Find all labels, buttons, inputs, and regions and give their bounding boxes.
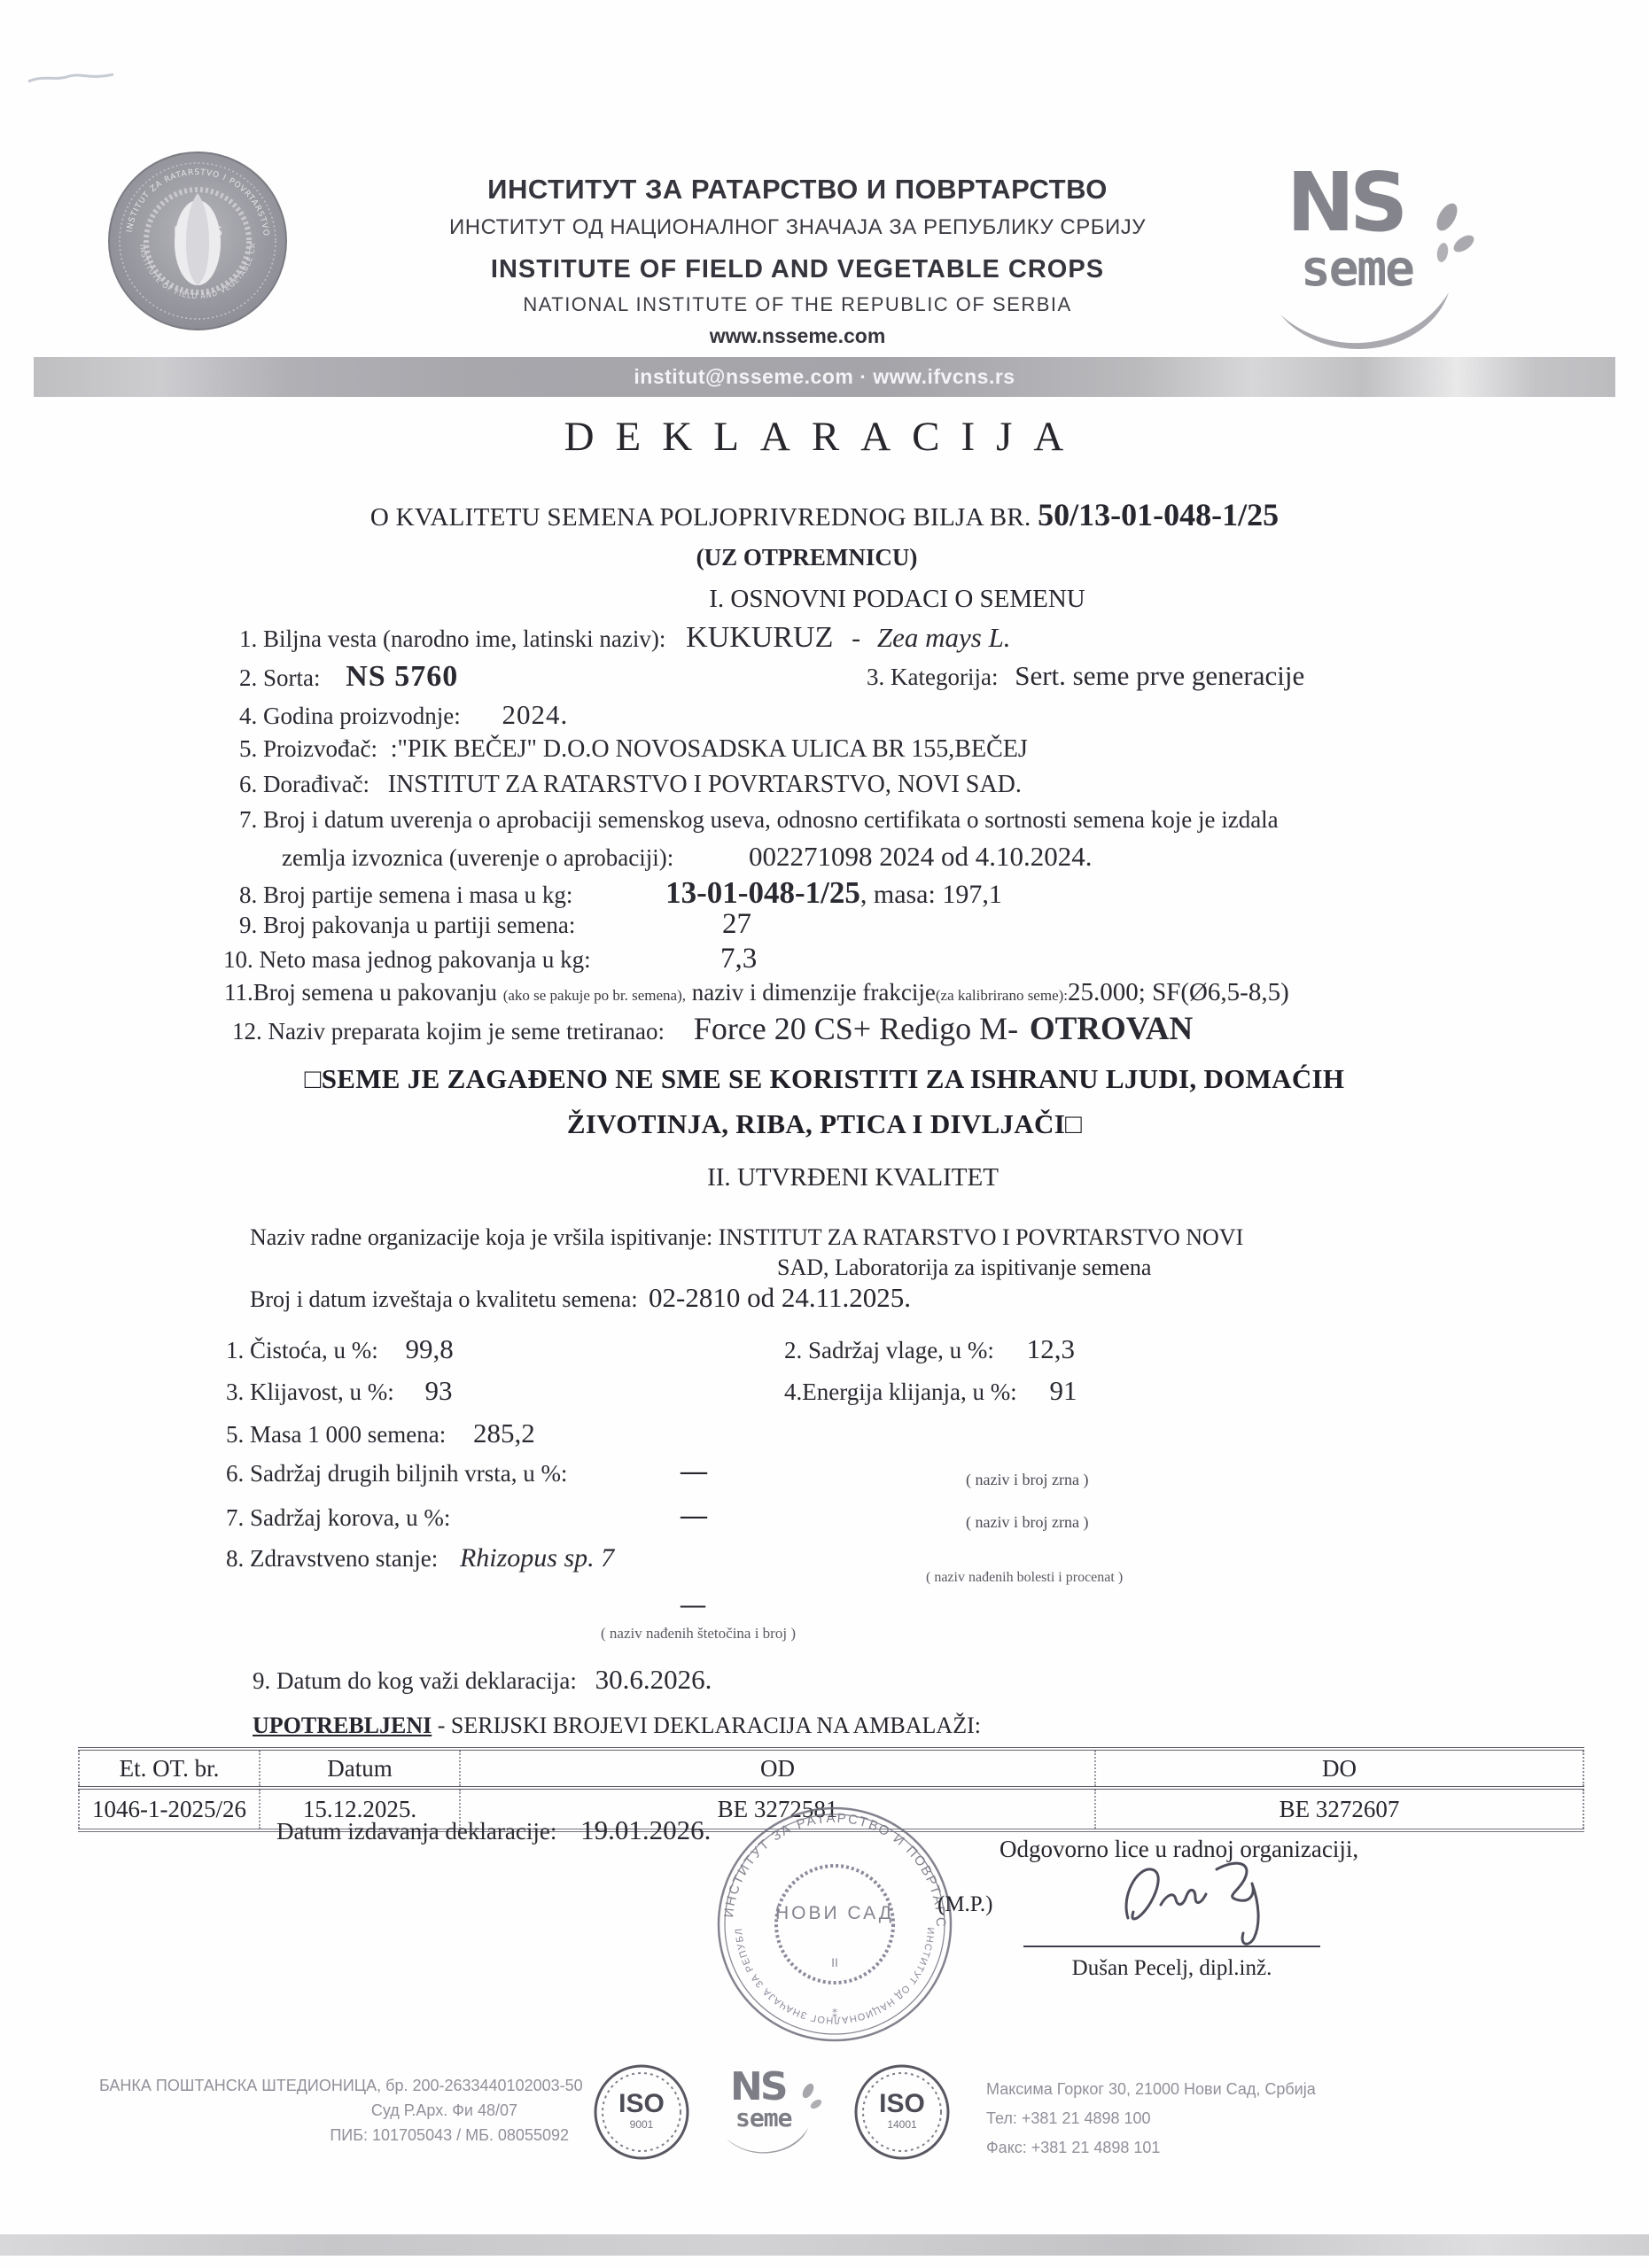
item11-line: 11.Broj semena u pakovanju (ako se pakuj…: [224, 978, 1289, 1007]
serials-heading-rest: - SERIJSKI BROJEVI DEKLARACIJA NA AMBALA…: [432, 1713, 981, 1738]
seal-letter-n: N: [174, 225, 183, 239]
issue-date-line: Datum izdavanja deklaracije: 19.01.2026.: [276, 1814, 711, 1846]
mp-seal-placeholder: (M.P.): [937, 1892, 993, 1917]
footer-court-line: Суд Р.Арх. Фи 48/07: [99, 2098, 569, 2123]
iso-14001-badge: ISO 14001: [852, 2062, 952, 2162]
declaration-number: 50/13-01-048-1/25: [1038, 497, 1279, 532]
signature-line: [1023, 1946, 1320, 1947]
serial-table-header-row: Et. OT. br. Datum OD DO: [79, 1749, 1583, 1788]
item12-poison-warning: OTROVAN: [1030, 1011, 1193, 1047]
footer-pib-line: ПИБ: 101705043 / МБ. 08055092: [99, 2123, 569, 2148]
institute-subtitle-cyrillic: ИНСТИТУТ ОД НАЦИОНАЛНОГ ЗНАЧАЈА ЗА РЕПУБ…: [372, 215, 1223, 240]
item6-label: 6. Dorađivač:: [239, 771, 369, 797]
item11-value: 25.000; SF(Ø6,5-8,5): [1068, 978, 1289, 1006]
quality8-label: 8. Zdravstveno stanje:: [226, 1545, 438, 1572]
signature-scribble: [1112, 1843, 1316, 1953]
quality2-label: 2. Sadržaj vlage, u %:: [784, 1337, 994, 1363]
item9-label: 9. Broj pakovanja u partiji semena:: [239, 912, 575, 939]
testing-org-label: Naziv radne organizacije koja je vršila …: [250, 1224, 712, 1250]
report-value: 02-2810 od 24.11.2025.: [649, 1282, 911, 1313]
item5-producer: :"PIK BEČEJ" D.O.O NOVOSADSKA ULICA BR 1…: [391, 735, 1028, 763]
footer-bank-info: БАНКА ПОШТАНСКА ШТЕДИОНИЦА, бр. 200-2633…: [99, 2073, 569, 2148]
bottom-scan-artifact-bar: [0, 2234, 1649, 2256]
report-label: Broj i datum izveštaja o kvalitetu semen…: [250, 1286, 638, 1312]
item6-processor: INSTITUT ZA RATARSTVO I POVRTARSTVO, NOV…: [388, 771, 1022, 798]
col-label-datum: Datum: [260, 1749, 460, 1788]
footer-phone-line: Тел: +381 21 4898 100: [986, 2104, 1316, 2133]
col-label-od: OD: [460, 1749, 1095, 1788]
contamination-warning-line1: □SEME JE ZAGAĐENO NE SME SE KORISTITI ZA…: [0, 1063, 1649, 1095]
footer-logo-seme-text: seme: [735, 2103, 792, 2132]
item7-line2: zemlja izvoznica (uverenje o aprobaciji)…: [282, 841, 1093, 873]
item5-label: 5. Proizvođač:: [239, 735, 377, 762]
stamp-bottom-mark: ⁑: [832, 2008, 837, 2021]
subtitle-note: (UZ OTPREMNICU): [0, 544, 1631, 571]
issue-date-value: 19.01.2026.: [580, 1814, 711, 1845]
item10-label: 10. Neto masa jednog pakovanja u kg:: [223, 946, 591, 974]
subtitle-label: O KVALITETU SEMENA POLJOPRIVREDNOG BILJA…: [370, 503, 1031, 532]
serials-heading: UPOTREBLJENI - SERIJSKI BROJEVI DEKLARAC…: [253, 1713, 981, 1739]
institute-name-english: INSTITUTE OF FIELD AND VEGETABLE CROPS: [372, 255, 1223, 284]
item11-label2: naziv i dimenzije frakcije: [692, 979, 936, 1006]
logo-ns-text: NS: [1287, 155, 1403, 250]
item5-line: 5. Proizvođač: :"PIK BEČEJ" D.O.O NOVOSA…: [239, 735, 1028, 764]
quality5-line: 5. Masa 1 000 semena: 285,2: [226, 1417, 535, 1449]
stamp-city-text: НОВИ САД: [775, 1903, 894, 1923]
quality8-dash: —: [681, 1591, 705, 1619]
quality2-value: 12,3: [1027, 1333, 1075, 1364]
section1-heading: I. OSNOVNI PODACI O SEMENU: [73, 585, 1649, 614]
issue-date-label: Datum izdavanja deklaracije:: [276, 1818, 556, 1845]
quality7-note: ( naziv i broj zrna ): [966, 1513, 1088, 1532]
quality1-value: 99,8: [405, 1333, 453, 1364]
item1-dash: -: [852, 624, 860, 653]
quality5-value: 285,2: [473, 1417, 535, 1449]
cell-do: BE 3272607: [1095, 1788, 1583, 1830]
footer-address-line: Максима Горког 30, 21000 Нови Сад, Србиј…: [986, 2075, 1316, 2104]
validity-line: 9. Datum do kog važi deklaracija: 30.6.2…: [253, 1664, 712, 1696]
iso-9001-badge: ISO 9001: [592, 2062, 691, 2162]
quality3-line: 3. Klijavost, u %: 93: [226, 1375, 453, 1407]
item1-species: KUKURUZ: [686, 621, 833, 654]
item11-small1: (ako se pakuje po br. semena),: [503, 987, 686, 1004]
institute-subtitle-english: NATIONAL INSTITUTE OF THE REPUBLIC OF SE…: [372, 293, 1223, 316]
item12-line: 12. Naziv preparata kojim je seme tretir…: [232, 1010, 1193, 1048]
testing-org-value1: INSTITUT ZA RATARSTVO I POVRTARSTVO NOVI: [719, 1224, 1244, 1250]
testing-org-line1: Naziv radne organizacije koja je vršila …: [250, 1224, 1243, 1251]
item12-label: 12. Naziv preparata kojim je seme tretir…: [232, 1018, 665, 1045]
item3-category: Sert. seme prve generacije: [1015, 660, 1304, 691]
institute-round-stamp: ИНСТИТУТ ЗА РАТАРСТВО И ПОВРТАРСТВО ИНСТ…: [709, 1798, 961, 2050]
iso2-number: 14001: [887, 2118, 917, 2131]
item11-small2: (za kalibrirano seme):: [936, 987, 1068, 1004]
item1-latin-name: Zea mays L.: [877, 622, 1011, 653]
item7-line1: 7. Broj i datum uverenja o aprobaciji se…: [239, 806, 1279, 834]
item8-line: 8. Broj partije semena i masa u kg: 13-0…: [239, 875, 1002, 911]
footer-bank-line1: БАНКА ПОШТАНСКА ШТЕДИОНИЦА, бр. 200-2633…: [99, 2073, 569, 2098]
item3-line: 3. Kategorija: Sert. seme prve generacij…: [867, 660, 1304, 692]
iso1-number: 9001: [630, 2118, 654, 2131]
col-label-et-ot-br: Et. OT. br.: [79, 1749, 260, 1788]
quality4-line: 4.Energija klijanja, u %: 91: [784, 1375, 1077, 1407]
section2-heading: II. UTVRĐENI KVALITET: [28, 1163, 1649, 1192]
col-label-do: DO: [1095, 1749, 1583, 1788]
item2-label: 2. Sorta:: [239, 664, 321, 691]
quality2-line: 2. Sadržaj vlage, u %: 12,3: [784, 1333, 1075, 1365]
item1-line: 1. Biljna vesta (narodno ime, latinski n…: [239, 621, 1011, 655]
quality7-dash: —: [681, 1501, 707, 1531]
contact-banner: institut@nsseme.com · www.ifvcns.rs: [34, 357, 1615, 397]
item2-line: 2. Sorta: NS 5760: [239, 660, 458, 694]
seal-letter-s: S: [214, 225, 222, 239]
cell-et-ot-br: 1046-1-2025/26: [79, 1788, 260, 1830]
quality4-value: 91: [1049, 1375, 1077, 1406]
item8-lot-number: 13-01-048-1/25: [665, 875, 860, 910]
logo-seme-text: seme: [1301, 240, 1413, 298]
contact-banner-text: institut@nsseme.com · www.ifvcns.rs: [634, 365, 1015, 388]
testing-org-line2: SAD, Laboratorija za ispitivanje semena: [777, 1254, 1151, 1281]
validity-date: 30.6.2026.: [595, 1664, 712, 1695]
footer-ns-seme-logo: NS seme: [709, 2057, 824, 2163]
item12-treatment: Force 20 CS+ Redigo M-: [694, 1011, 1018, 1046]
iso1-text: ISO: [618, 2089, 665, 2118]
item7-certificate: 002271098 2024 od 4.10.2024.: [749, 841, 1093, 872]
validity-label: 9. Datum do kog važi deklaracija:: [253, 1667, 577, 1694]
institute-seal-emblem: INSTITUT ZA RATARSTVO I POVRTARSTVO · NO…: [105, 147, 291, 335]
footer-address-info: Максима Горког 30, 21000 Нови Сад, Србиј…: [986, 2075, 1316, 2163]
stamp-number-mark: II: [831, 1955, 838, 1969]
quality8-health-status: Rhizopus sp. 7: [460, 1543, 614, 1573]
quality8-note1: ( naziv nađenih bolesti i procenat ): [926, 1570, 1123, 1586]
quality8-note2: ( naziv nađenih štetočina i broj ): [601, 1625, 796, 1643]
ns-seme-logo: NS seme: [1232, 142, 1489, 354]
quality3-value: 93: [425, 1375, 453, 1406]
report-line: Broj i datum izveštaja o kvalitetu semen…: [250, 1282, 911, 1314]
quality6-dash: —: [681, 1456, 707, 1487]
item4-line: 4. Godina proizvodnje: 2024.: [239, 699, 568, 731]
quality6-note: ( naziv i broj zrna ): [966, 1471, 1088, 1489]
quality3-label: 3. Klijavost, u %:: [226, 1379, 394, 1405]
quality7-label: 7. Sadržaj korova, u %:: [226, 1504, 450, 1532]
item9-value: 27: [722, 908, 751, 941]
footer-fax-line: Факс: +381 21 4898 101: [986, 2133, 1316, 2163]
item4-year: 2024.: [502, 699, 568, 730]
quality1-label: 1. Čistoća, u %:: [226, 1337, 378, 1363]
quality8-line: 8. Zdravstveno stanje: Rhizopus sp. 7: [226, 1543, 614, 1573]
item8-label: 8. Broj partije semena i masa u kg:: [239, 882, 572, 908]
quality4-label: 4.Energija klijanja, u %:: [784, 1379, 1017, 1405]
item6-line: 6. Dorađivač: INSTITUT ZA RATARSTVO I PO…: [239, 771, 1022, 799]
quality6-label: 6. Sadržaj drugih biljnih vrsta, u %:: [226, 1460, 567, 1487]
institute-name-cyrillic: ИНСТИТУТ ЗА РАТАРСТВО И ПОВРТАРСТВО: [372, 174, 1223, 206]
institute-website: www.nsseme.com: [372, 324, 1223, 348]
item2-variety: NS 5760: [346, 660, 458, 693]
pen-squiggle-mark: [25, 62, 122, 94]
serials-heading-bold: UPOTREBLJENI: [253, 1713, 432, 1738]
signer-name: Dušan Pecelj, dipl.inž.: [1023, 1956, 1320, 1981]
subtitle-line: O KVALITETU SEMENA POLJOPRIVREDNOG BILJA…: [0, 496, 1649, 533]
item1-label: 1. Biljna vesta (narodno ime, latinski n…: [239, 625, 665, 652]
quality5-label: 5. Masa 1 000 semena:: [226, 1421, 446, 1448]
quality1-line: 1. Čistoća, u %: 99,8: [226, 1333, 454, 1365]
iso2-text: ISO: [879, 2089, 925, 2118]
item11-label1: 11.Broj semena u pakovanju: [224, 979, 497, 1006]
item4-label: 4. Godina proizvodnje:: [239, 703, 461, 729]
contamination-warning-line2: ŽIVOTINJA, RIBA, PTICA I DIVLJAČI□: [0, 1108, 1649, 1140]
item3-label: 3. Kategorija:: [867, 664, 998, 690]
item7-label2: zemlja izvoznica (uverenje o aprobaciji)…: [282, 844, 673, 871]
item8-mass: , masa: 197,1: [860, 880, 1002, 909]
item10-value: 7,3: [720, 943, 757, 975]
scanned-declaration-document: INSTITUT ZA RATARSTVO I POVRTARSTVO · NO…: [0, 0, 1649, 2268]
document-title: DEKLARACIJA: [0, 413, 1649, 461]
